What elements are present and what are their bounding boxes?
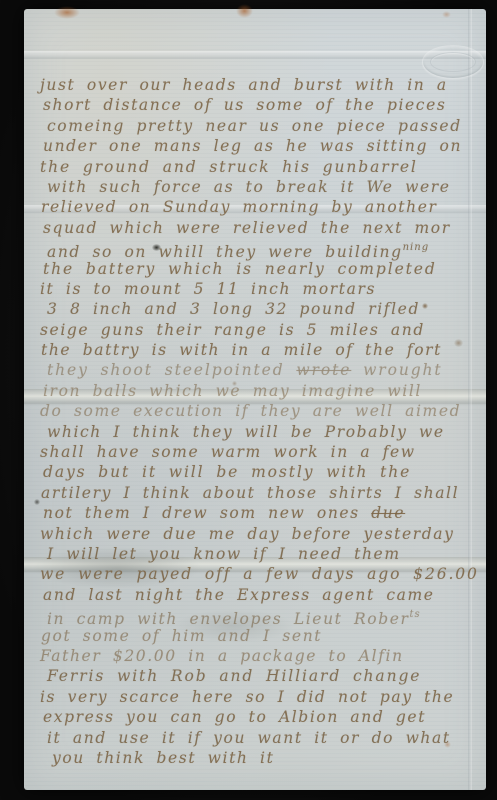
letter-line: we were payed off a few days ago $26.00 xyxy=(40,564,484,584)
letter-line: iron balls which we may imagine will xyxy=(43,381,484,401)
letter-line: 3 8 inch and 3 long 32 pound rifled xyxy=(47,299,484,319)
struck-out-word: wrote xyxy=(296,361,351,379)
letter-line: it is to mount 5 11 inch mortars xyxy=(40,279,484,299)
letter-line-text: not them I drew som new ones xyxy=(43,504,371,522)
letter-line-text: wrought xyxy=(351,361,442,379)
letter-line: is very scarce here so I did not pay the xyxy=(40,687,484,707)
letter-line: express you can go to Albion and get xyxy=(43,707,484,727)
letter-line: you think best with it xyxy=(52,748,484,768)
letter-line: artilery I think about those shirts I sh… xyxy=(41,483,484,503)
letter-line: short distance of us some of the pieces xyxy=(43,95,484,115)
letter-line-text: they shoot steelpointed xyxy=(47,361,296,379)
letter-line: the ground and struck his gunbarrel xyxy=(40,157,484,177)
letter-line: squad which were relieved the next mor xyxy=(43,218,484,238)
letter-line: and so on whill they were buildingning xyxy=(47,238,484,258)
inserted-word: ts xyxy=(410,609,421,620)
letter-line: comeing pretty near us one piece passed xyxy=(47,116,484,136)
letter-line: they shoot steelpointed wrote wrought xyxy=(47,360,484,380)
letter-line: which were due me day before yesterday xyxy=(40,524,484,544)
letter-line: and last night the Express agent came xyxy=(43,585,484,605)
letter-line: not them I drew som new ones due xyxy=(43,503,484,523)
letter-line: shall have some warm work in a few xyxy=(40,442,484,462)
letter-body: just over our heads and burst with in a … xyxy=(40,75,484,768)
photo-background: { "scene": { "description": "Handwritten… xyxy=(0,0,497,800)
letter-line: the battery which is nearly completed xyxy=(43,259,484,279)
letter-line: in camp with envelopes Lieut Roberts xyxy=(47,605,484,625)
letter-line: do some execution if they are well aimed xyxy=(40,401,484,421)
letter-line: got some of him and I sent xyxy=(41,626,484,646)
inserted-word: ning xyxy=(403,242,429,253)
letter-line: I will let you know if I need them xyxy=(47,544,484,564)
rust-stain xyxy=(442,11,451,18)
letter-line: the battry is with in a mile of the fort xyxy=(41,340,484,360)
rust-stain xyxy=(236,4,253,18)
letter-page: just over our heads and burst with in a … xyxy=(24,9,486,790)
fold-crease xyxy=(24,51,486,59)
letter-line: relieved on Sunday morning by another xyxy=(41,197,484,217)
letter-line: days but it will be mostly with the xyxy=(43,462,484,482)
letter-line: Father $20.00 in a package to Alfin xyxy=(40,646,484,666)
letter-line: just over our heads and burst with in a xyxy=(40,75,484,95)
letter-line: which I think they will be Probably we xyxy=(47,422,484,442)
letter-line: under one mans leg as he was sitting on xyxy=(43,136,484,156)
struck-out-word: due xyxy=(371,504,405,522)
rust-stain xyxy=(54,6,80,19)
embossed-oval-seal xyxy=(422,45,484,79)
letter-line: with such force as to break it We were xyxy=(47,177,484,197)
letter-line: seige guns their range is 5 miles and xyxy=(40,320,484,340)
letter-line: Ferris with Rob and Hilliard change xyxy=(47,666,484,686)
letter-line: it and use it if you want it or do what xyxy=(47,728,484,748)
